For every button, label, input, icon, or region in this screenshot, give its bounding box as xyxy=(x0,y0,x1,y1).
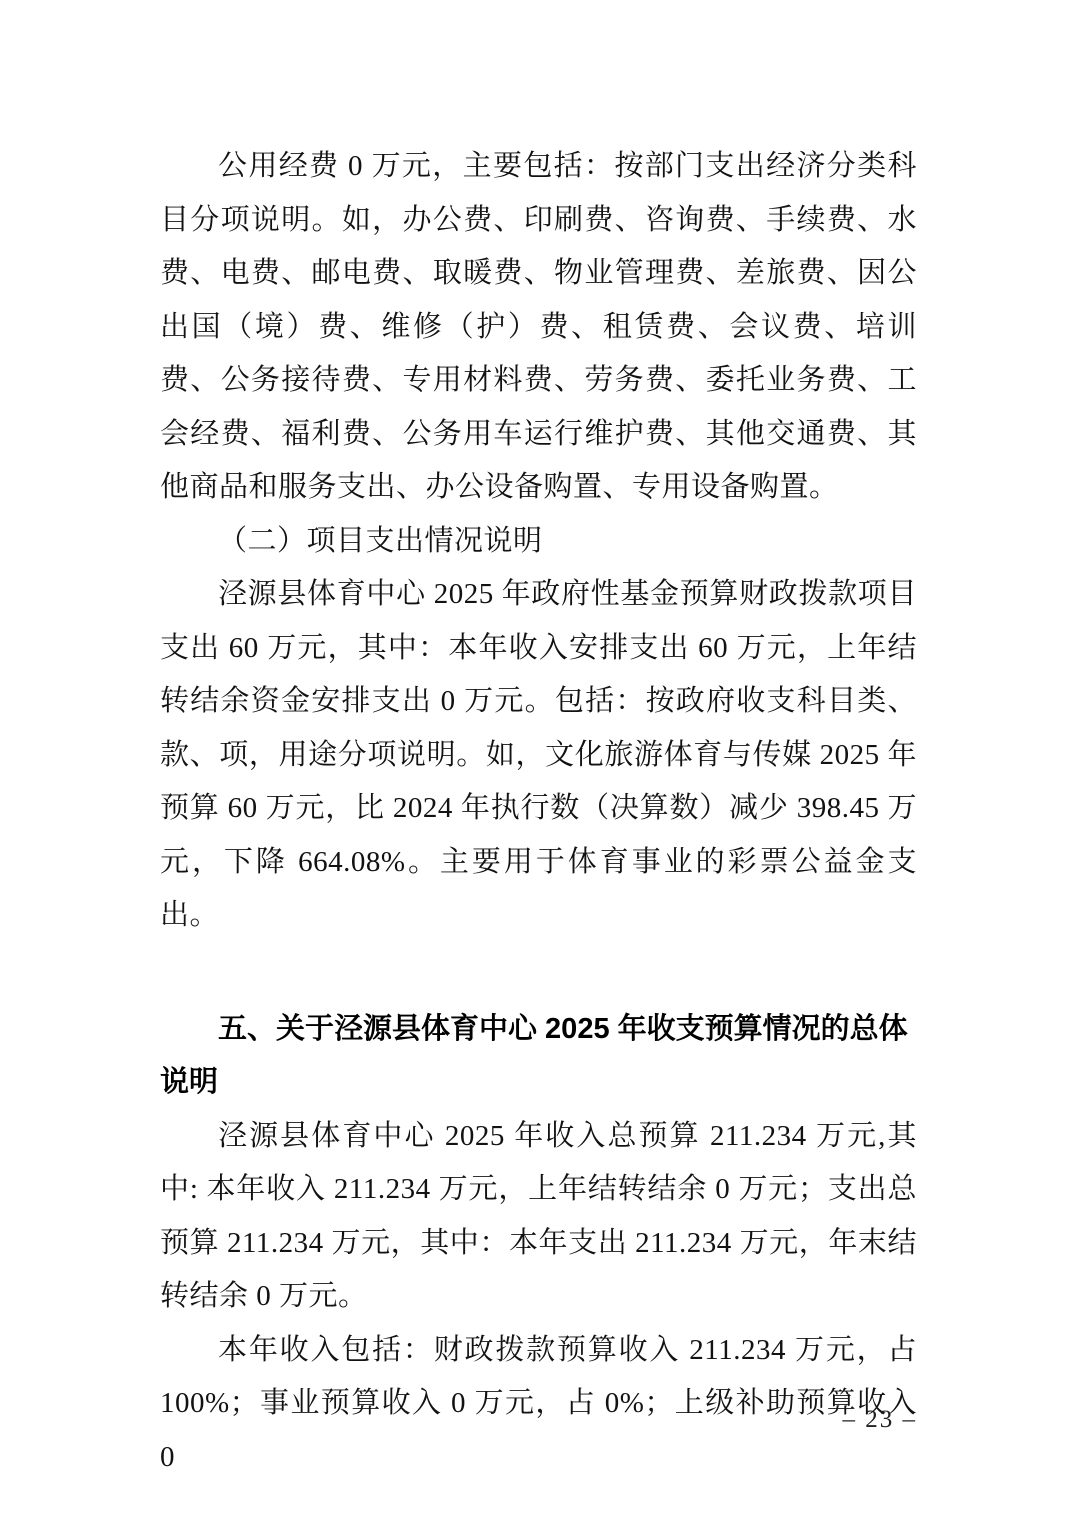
page-footer: – 23 – xyxy=(160,1405,917,1435)
paragraph-public-funds: 公用经费 0 万元，主要包括：按部门支出经济分类科目分项说明。如，办公费、印刷费… xyxy=(160,140,917,515)
document-page: 公用经费 0 万元，主要包括：按部门支出经济分类科目分项说明。如，办公费、印刷费… xyxy=(0,0,1074,1520)
document-body: 公用经费 0 万元，主要包括：按部门支出经济分类科目分项说明。如，办公费、印刷费… xyxy=(160,140,917,1484)
paragraph-project-expenditure-subheading: （二）项目支出情况说明 xyxy=(160,515,917,569)
section-heading-line-2: 说明 xyxy=(160,1056,917,1110)
section-heading-line-1: 五、关于泾源县体育中心 2025 年收支预算情况的总体 xyxy=(160,1003,917,1057)
page-number: – 23 – xyxy=(843,1406,918,1433)
paragraph-total-budget: 泾源县体育中心 2025 年收入总预算 211.234 万元,其中: 本年收入 … xyxy=(160,1110,917,1324)
section-heading: 五、关于泾源县体育中心 2025 年收支预算情况的总体 说明 xyxy=(160,1003,917,1110)
paragraph-project-expenditure-detail: 泾源县体育中心 2025 年政府性基金预算财政拨款项目支出 60 万元，其中：本… xyxy=(160,568,917,943)
paragraph-current-year-income: 本年收入包括：财政拨款预算收入 211.234 万元，占 100%；事业预算收入… xyxy=(160,1324,917,1485)
